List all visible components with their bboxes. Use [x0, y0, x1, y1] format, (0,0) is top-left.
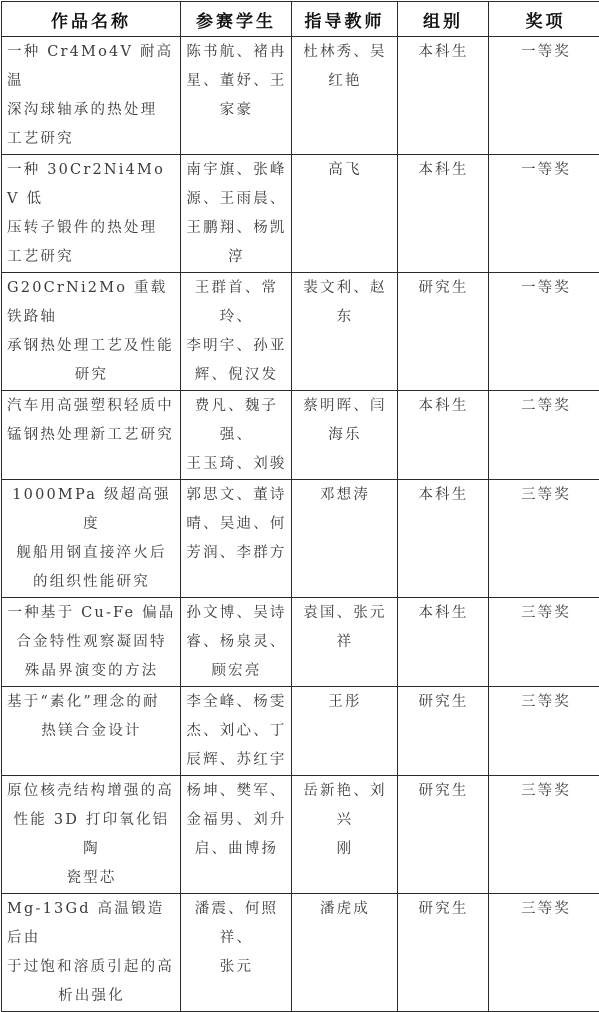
- title-line: 基于“素化”理念的耐: [7, 688, 176, 717]
- header-row: 作品名称 参赛学生 指导教师 组别 奖项: [2, 2, 599, 37]
- students-line: 睿、杨泉灵、: [186, 628, 287, 657]
- award-text: 三等奖: [489, 776, 599, 806]
- advisor-line: 杜林秀、吴: [297, 38, 393, 67]
- cell-title: 原位核壳结构增强的高性能 3D 打印氧化铝陶瓷型芯: [2, 776, 181, 840]
- title-line: 研究: [7, 361, 176, 390]
- students-line: 李明宇、孙亚: [186, 332, 287, 361]
- students-line: 李全峰、杨雯: [186, 688, 287, 717]
- title-line: 舰船用钢直接淬火后: [7, 539, 176, 568]
- title-line: 工艺研究: [7, 125, 176, 154]
- students-line: 晴、吴迪、何: [186, 510, 287, 539]
- cell-advisor: 王彤: [292, 687, 398, 776]
- table-row: 1000MPa 级超高强度舰船用钢直接淬火后的组织性能研究郭思文、董诗晴、吴迪、…: [2, 480, 599, 598]
- cell-advisor: 邓想涛: [292, 480, 398, 598]
- award-text: 三等奖: [489, 598, 599, 628]
- cell-title: 基于“素化”理念的耐热镁合金设计: [2, 687, 181, 776]
- title-line: 锰钢热处理新工艺研究: [7, 421, 176, 450]
- table-row: 汽车用高强塑积轻质中锰钢热处理新工艺研究费凡、魏子强、王玉琦、刘骏蔡明晖、闫海乐…: [2, 391, 599, 480]
- cell-group: 本科生: [398, 480, 489, 598]
- students-line: 陈书航、褚冉: [186, 38, 287, 67]
- cell-students: 郭思文、董诗晴、吴迪、何芳润、李群方: [181, 480, 292, 598]
- students-line: 费凡、魏子强、: [186, 392, 287, 450]
- students-line: 芳润、李群方: [186, 539, 287, 568]
- advisor-line: 刚: [297, 835, 393, 839]
- title-line: 热镁合金设计: [7, 717, 176, 746]
- cell-advisor: 杜林秀、吴红艳: [292, 37, 398, 155]
- award-text: 三等奖: [489, 480, 599, 510]
- title-line: G20CrNi2Mo 重载铁路轴: [7, 274, 176, 332]
- cell-title: G20CrNi2Mo 重载铁路轴承钢热处理工艺及性能研究: [2, 273, 181, 391]
- cell-advisor: 高飞: [292, 155, 398, 273]
- table-row: G20CrNi2Mo 重载铁路轴承钢热处理工艺及性能研究王群首、常玲、李明宇、孙…: [2, 273, 599, 391]
- title-line: 的组织性能研究: [7, 568, 176, 597]
- students-line: 金福男、刘升: [186, 806, 287, 835]
- title-line: 1000MPa 级超高强度: [7, 481, 176, 539]
- award-text: 二等奖: [489, 391, 599, 421]
- cell-award: 三等奖: [489, 598, 599, 687]
- cell-students: 孙文博、吴诗睿、杨泉灵、顾宏亮: [181, 598, 292, 687]
- cell-title: 汽车用高强塑积轻质中锰钢热处理新工艺研究: [2, 391, 181, 480]
- cell-students: 陈书航、褚冉星、董妤、王家豪: [181, 37, 292, 155]
- cell-award: 三等奖: [489, 687, 599, 776]
- header-students: 参赛学生: [181, 2, 292, 37]
- group-text: 本科生: [398, 480, 488, 510]
- cell-group: 本科生: [398, 391, 489, 480]
- title-line: 压转子锻件的热处理: [7, 214, 176, 243]
- award-text: 一等奖: [489, 155, 599, 185]
- table-row: 一种 30Cr2Ni4MoV 低压转子锻件的热处理工艺研究南宇旗、张峰源、王雨晨…: [2, 155, 599, 273]
- table-row: 原位核壳结构增强的高性能 3D 打印氧化铝陶瓷型芯杨坤、樊军、金福男、刘升启、曲…: [2, 776, 599, 840]
- cell-advisor: 裴文利、赵东: [292, 273, 398, 391]
- advisor-line: 红艳: [297, 67, 393, 96]
- cell-students: 费凡、魏子强、王玉琦、刘骏: [181, 391, 292, 480]
- group-text: 本科生: [398, 155, 488, 185]
- title-line: 一种基于 Cu-Fe 偏晶: [7, 599, 176, 628]
- table-row: 基于“素化”理念的耐热镁合金设计李全峰、杨雯杰、刘心、丁辰辉、苏红宇王彤研究生三…: [2, 687, 599, 776]
- cell-award: 三等奖: [489, 480, 599, 598]
- cell-title: 一种基于 Cu-Fe 偏晶合金特性观察凝固特殊晶界演变的方法: [2, 598, 181, 687]
- cell-group: 本科生: [398, 155, 489, 273]
- group-text: 本科生: [398, 37, 488, 67]
- cell-group: 研究生: [398, 776, 489, 840]
- students-line: 王群首、常玲、: [186, 274, 287, 332]
- students-line: 源、王雨晨、: [186, 185, 287, 214]
- cell-award: 三等奖: [489, 776, 599, 840]
- students-line: 杰、刘心、丁: [186, 717, 287, 746]
- table-body: 一种 Cr4Mo4V 耐高温深沟球轴承的热处理工艺研究陈书航、褚冉星、董妤、王家…: [2, 37, 599, 840]
- title-line: 深沟球轴承的热处理: [7, 96, 176, 125]
- students-line: 杨坤、樊军、: [186, 777, 287, 806]
- cell-advisor: 袁国、张元祥: [292, 598, 398, 687]
- title-line: 承钢热处理工艺及性能: [7, 332, 176, 361]
- group-text: 研究生: [398, 273, 488, 303]
- cell-group: 本科生: [398, 37, 489, 155]
- cell-students: 王群首、常玲、李明宇、孙亚辉、倪汉发: [181, 273, 292, 391]
- cell-students: 杨坤、樊军、金福男、刘升启、曲博扬: [181, 776, 292, 840]
- cell-advisor: 岳新艳、刘兴刚: [292, 776, 398, 840]
- title-line: 汽车用高强塑积轻质中: [7, 392, 176, 421]
- students-line: 星、董妤、王: [186, 67, 287, 96]
- title-line: 殊晶界演变的方法: [7, 657, 176, 686]
- title-line: 一种 Cr4Mo4V 耐高温: [7, 38, 176, 96]
- students-line: 顾宏亮: [186, 657, 287, 686]
- advisor-line: 蔡明晖、闫: [297, 392, 393, 421]
- advisor-line: 袁国、张元: [297, 599, 393, 628]
- cell-group: 本科生: [398, 598, 489, 687]
- cell-title: 一种 30Cr2Ni4MoV 低压转子锻件的热处理工艺研究: [2, 155, 181, 273]
- award-text: 一等奖: [489, 37, 599, 67]
- award-text: 一等奖: [489, 273, 599, 303]
- title-line: 合金特性观察凝固特: [7, 628, 176, 657]
- award-text: 三等奖: [489, 687, 599, 717]
- header-group: 组别: [398, 2, 489, 37]
- students-line: 淳: [186, 243, 287, 272]
- advisor-line: 岳新艳、刘兴: [297, 777, 393, 835]
- advisor-line: 裴文利、赵东: [297, 274, 393, 332]
- students-line: 王玉琦、刘骏: [186, 450, 287, 479]
- students-line: 南宇旗、张峰: [186, 156, 287, 185]
- table-row: 一种基于 Cu-Fe 偏晶合金特性观察凝固特殊晶界演变的方法孙文博、吴诗睿、杨泉…: [2, 598, 599, 687]
- header-award: 奖项: [489, 2, 599, 37]
- students-line: 启、曲博扬: [186, 835, 287, 839]
- students-line: 王鹏翔、杨凯: [186, 214, 287, 243]
- cell-students: 李全峰、杨雯杰、刘心、丁辰辉、苏红宇: [181, 687, 292, 776]
- advisor-line: 祥: [297, 628, 393, 657]
- table-row: 一种 Cr4Mo4V 耐高温深沟球轴承的热处理工艺研究陈书航、褚冉星、董妤、王家…: [2, 37, 599, 155]
- title-line: 性能 3D 打印氧化铝陶: [7, 806, 176, 839]
- students-line: 辰辉、苏红宇: [186, 746, 287, 775]
- cell-students: 南宇旗、张峰源、王雨晨、王鹏翔、杨凯淳: [181, 155, 292, 273]
- cell-group: 研究生: [398, 687, 489, 776]
- header-advisor: 指导教师: [292, 2, 398, 37]
- students-line: 家豪: [186, 96, 287, 125]
- title-line: 工艺研究: [7, 243, 176, 272]
- title-line: 一种 30Cr2Ni4MoV 低: [7, 156, 176, 214]
- group-text: 本科生: [398, 598, 488, 628]
- advisor-line: 海乐: [297, 421, 393, 450]
- group-text: 研究生: [398, 687, 488, 717]
- cell-title: 一种 Cr4Mo4V 耐高温深沟球轴承的热处理工艺研究: [2, 37, 181, 155]
- awards-table: 作品名称 参赛学生 指导教师 组别 奖项 一种 Cr4Mo4V 耐高温深沟球轴承…: [1, 1, 599, 839]
- advisor-line: 王彤: [297, 688, 393, 717]
- cell-award: 一等奖: [489, 37, 599, 155]
- cell-award: 一等奖: [489, 155, 599, 273]
- title-line: 原位核壳结构增强的高: [7, 777, 176, 806]
- header-title: 作品名称: [2, 2, 181, 37]
- cell-award: 一等奖: [489, 273, 599, 391]
- students-line: 辉、倪汉发: [186, 361, 287, 390]
- students-line: 孙文博、吴诗: [186, 599, 287, 628]
- cell-group: 研究生: [398, 273, 489, 391]
- cell-title: 1000MPa 级超高强度舰船用钢直接淬火后的组织性能研究: [2, 480, 181, 598]
- cell-advisor: 蔡明晖、闫海乐: [292, 391, 398, 480]
- students-line: 郭思文、董诗: [186, 481, 287, 510]
- advisor-line: 高飞: [297, 156, 393, 185]
- group-text: 本科生: [398, 391, 488, 421]
- group-text: 研究生: [398, 776, 488, 806]
- cell-award: 二等奖: [489, 391, 599, 480]
- advisor-line: 邓想涛: [297, 481, 393, 510]
